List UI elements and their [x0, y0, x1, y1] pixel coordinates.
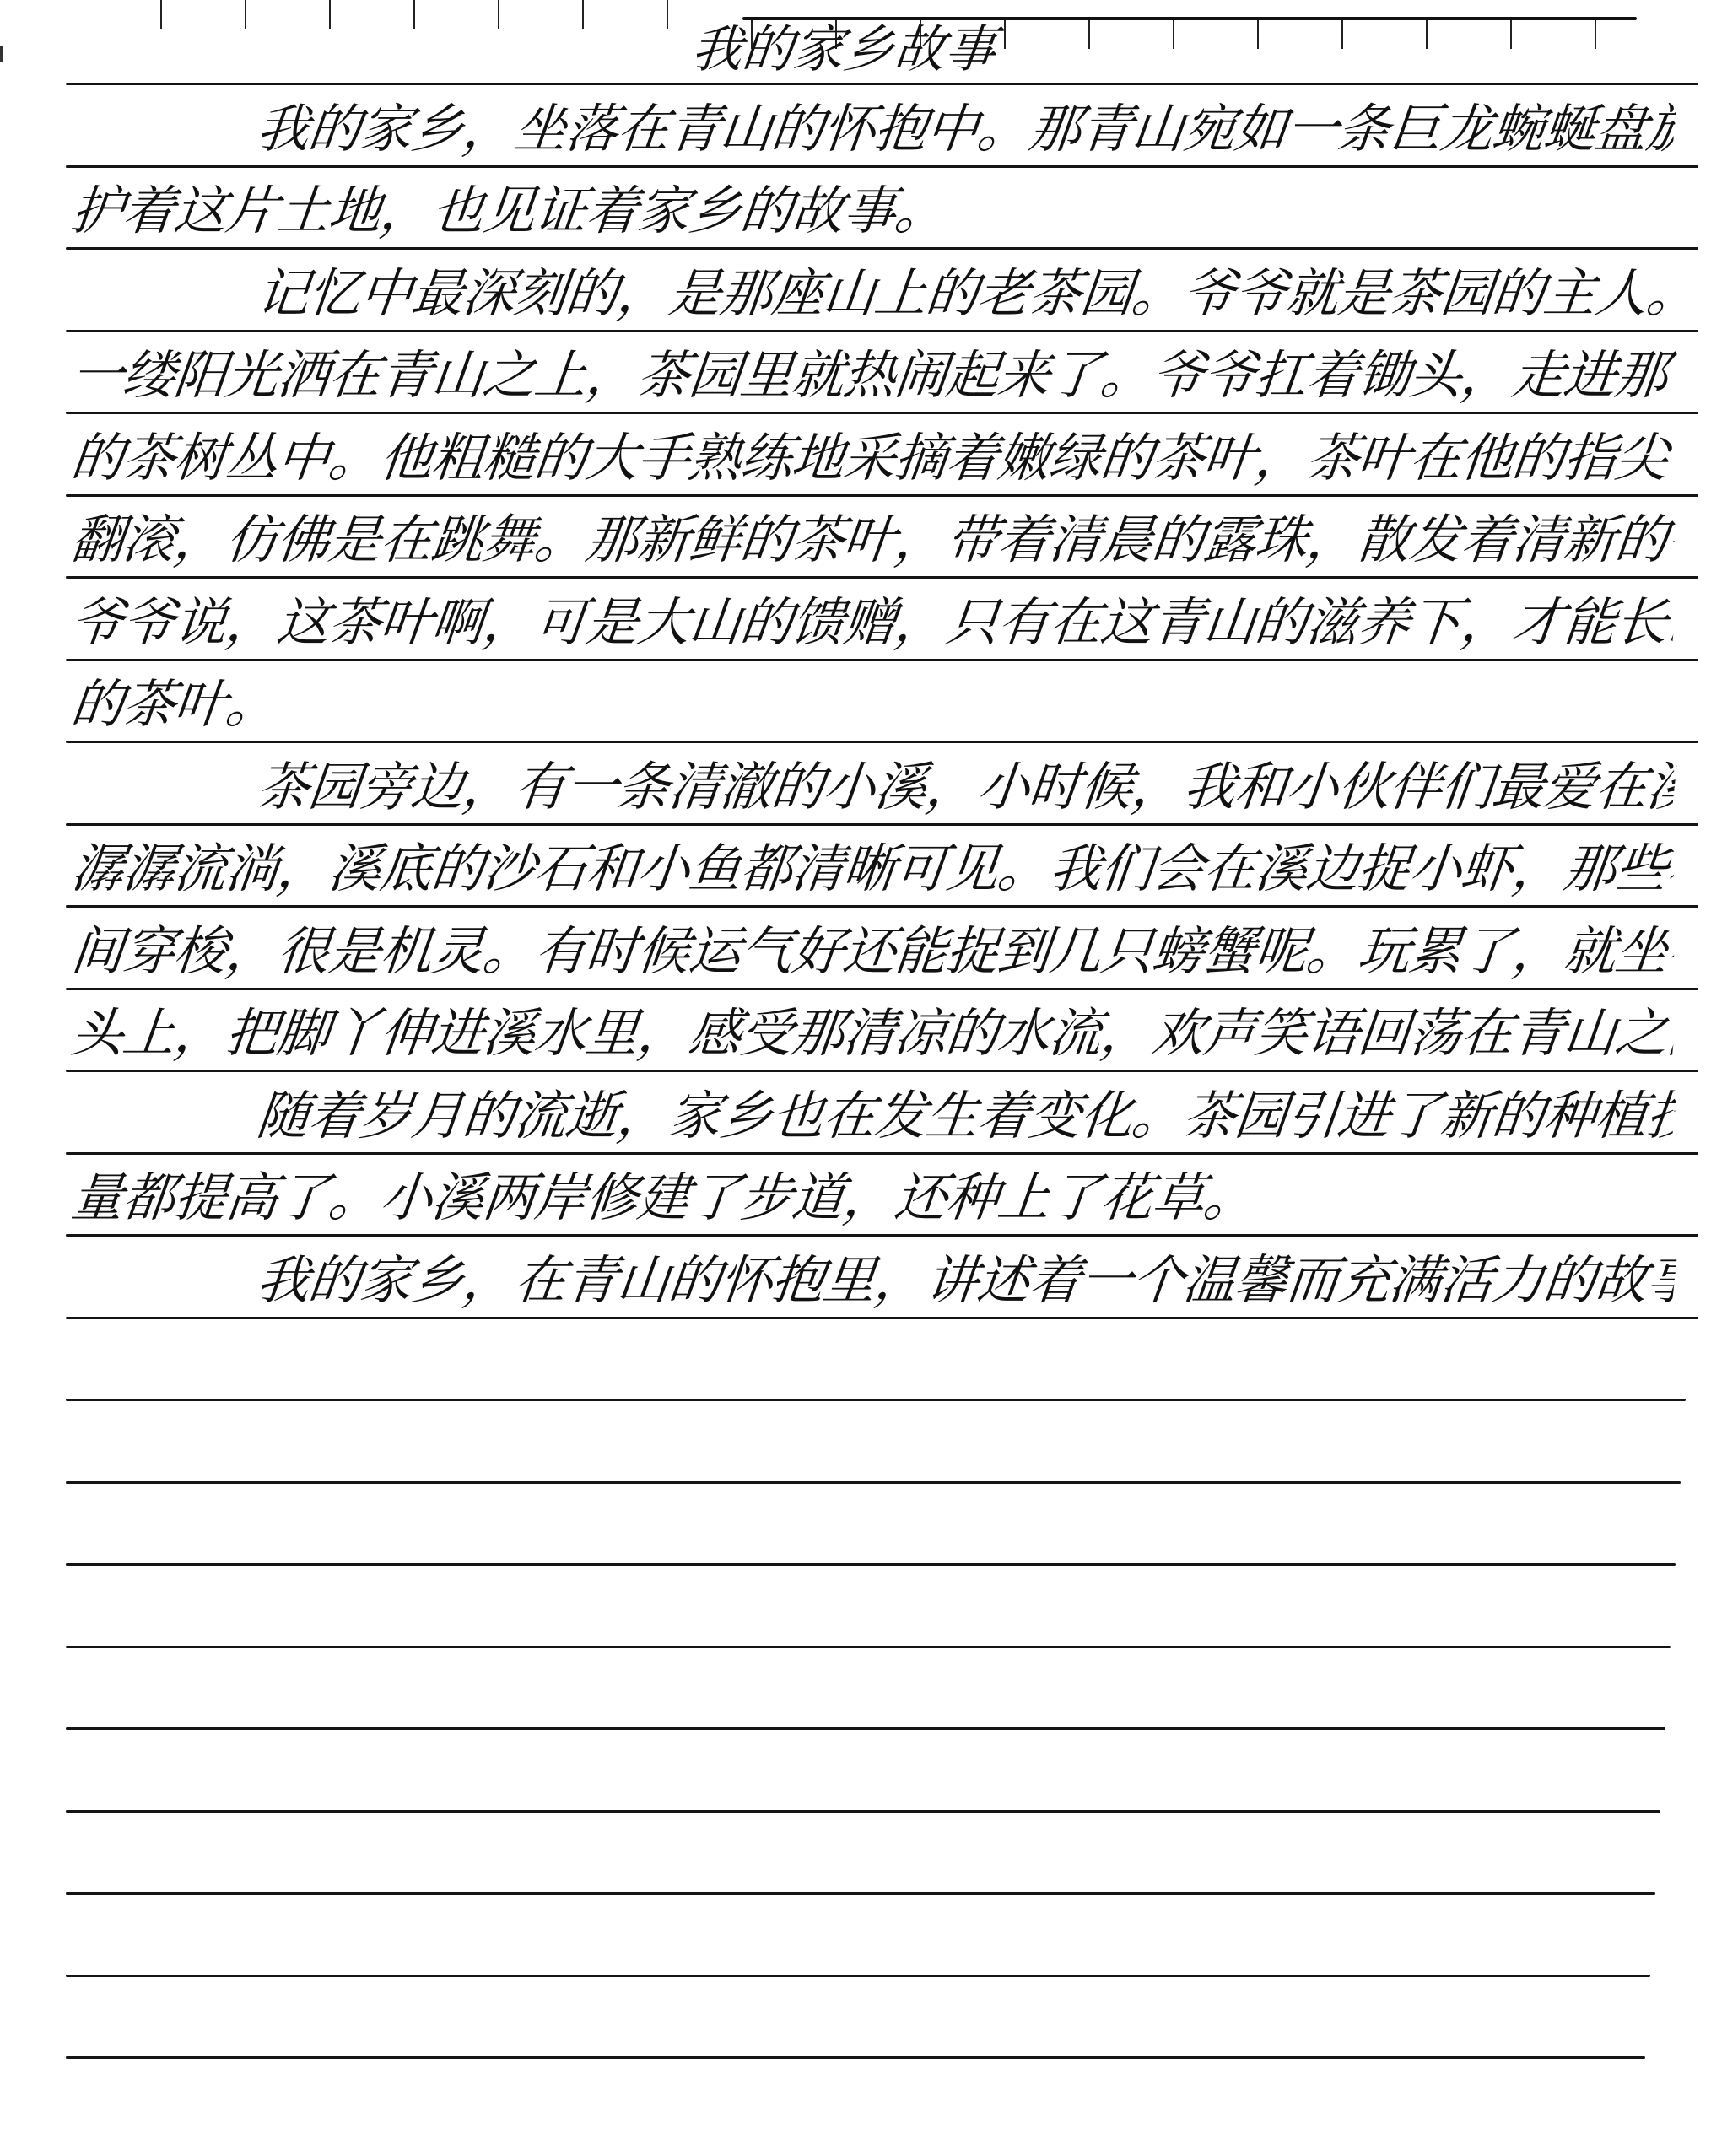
essay-line: 茶园旁边，有一条清澈的小溪，小时候，我和小伙伴们最爱在溪边玩耍。溪水: [67, 749, 1678, 825]
ruler-tick: [329, 0, 331, 29]
essay-line: 间穿梭，很是机灵。有时候运气好还能捉到几只螃蟹呢。玩累了，就坐在溪边的石: [67, 914, 1678, 989]
ruler-tick: [160, 0, 162, 29]
essay-title: 我的家乡故事: [587, 15, 1101, 84]
essay-line: 随着岁月的流逝，家乡也在发生着变化。茶园引进了新的种植技术，茶叶的产量和质: [67, 1078, 1678, 1154]
ruled-line: [66, 1646, 1671, 1648]
essay-line: 的茶叶。: [67, 666, 1678, 742]
margin-mark: [0, 46, 3, 62]
ruler-tick: [1257, 20, 1259, 49]
essay-line: 我的家乡，坐落在青山的怀抱中。那青山宛如一条巨龙蜿蜒盘旋，守: [67, 91, 1678, 167]
essay-line: 爷爷说，这茶叶啊，可是大山的馈赠，只有在这青山的滋养下，才能长出如此优质: [67, 585, 1678, 660]
essay-line: 量都提高了。小溪两岸修建了步道，还种上了花草。: [67, 1160, 1678, 1236]
ruled-line: [66, 2056, 1645, 2059]
essay-line: 翻滚，仿佛是在跳舞。那新鲜的茶叶，带着清晨的露珠，散发着清新的香气。: [67, 502, 1678, 578]
essay-line: 头上，把脚丫伸进溪水里，感受那清凉的水流，欢声笑语回荡在青山之间。: [67, 995, 1678, 1071]
ruled-line: [66, 1975, 1650, 1977]
ruled-line: [66, 1399, 1686, 1401]
essay-line: 我的家乡，在青山的怀抱里，讲述着一个温馨而充满活力的故事。: [67, 1242, 1678, 1318]
ruled-line: [66, 1727, 1665, 1730]
ruler-tick: [413, 0, 415, 29]
essay-line: 的茶树丛中。他粗糙的大手熟练地采摘着嫩绿的茶叶，茶叶在他的指尖: [67, 420, 1678, 496]
ruler-tick: [1173, 20, 1174, 49]
ruler-tick: [1426, 20, 1428, 49]
handwritten-page: 我的家乡故事 我的家乡，坐落在青山的怀抱中。那青山宛如一条巨龙蜿蜒盘旋，守护着这…: [0, 0, 1711, 2156]
ruled-line: [66, 1481, 1681, 1484]
ruler-tick: [1510, 20, 1512, 49]
ruler-tick: [582, 0, 584, 29]
essay-line: 潺潺流淌，溪底的沙石和小鱼都清晰可见。我们会在溪边捉小虾，那些小虾在水草: [67, 831, 1678, 907]
ruled-line: [66, 1810, 1660, 1813]
ruled-line: [66, 1563, 1676, 1566]
essay-line: 一缕阳光洒在青山之上，茶园里就热闹起来了。爷爷扛着锄头，走进那一片翠绿: [67, 337, 1678, 413]
ruled-line: [66, 1892, 1655, 1895]
ruler-tick: [498, 0, 499, 29]
ruled-line: [66, 83, 1698, 85]
ruler-tick: [1341, 20, 1343, 49]
essay-line: 记忆中最深刻的，是那座山上的老茶园。爷爷就是茶园的主人。清晨，第: [67, 256, 1678, 331]
essay-line: 护着这片土地，也见证着家乡的故事。: [67, 173, 1678, 249]
ruler-tick: [1595, 20, 1596, 49]
ruler-tick: [245, 0, 246, 29]
